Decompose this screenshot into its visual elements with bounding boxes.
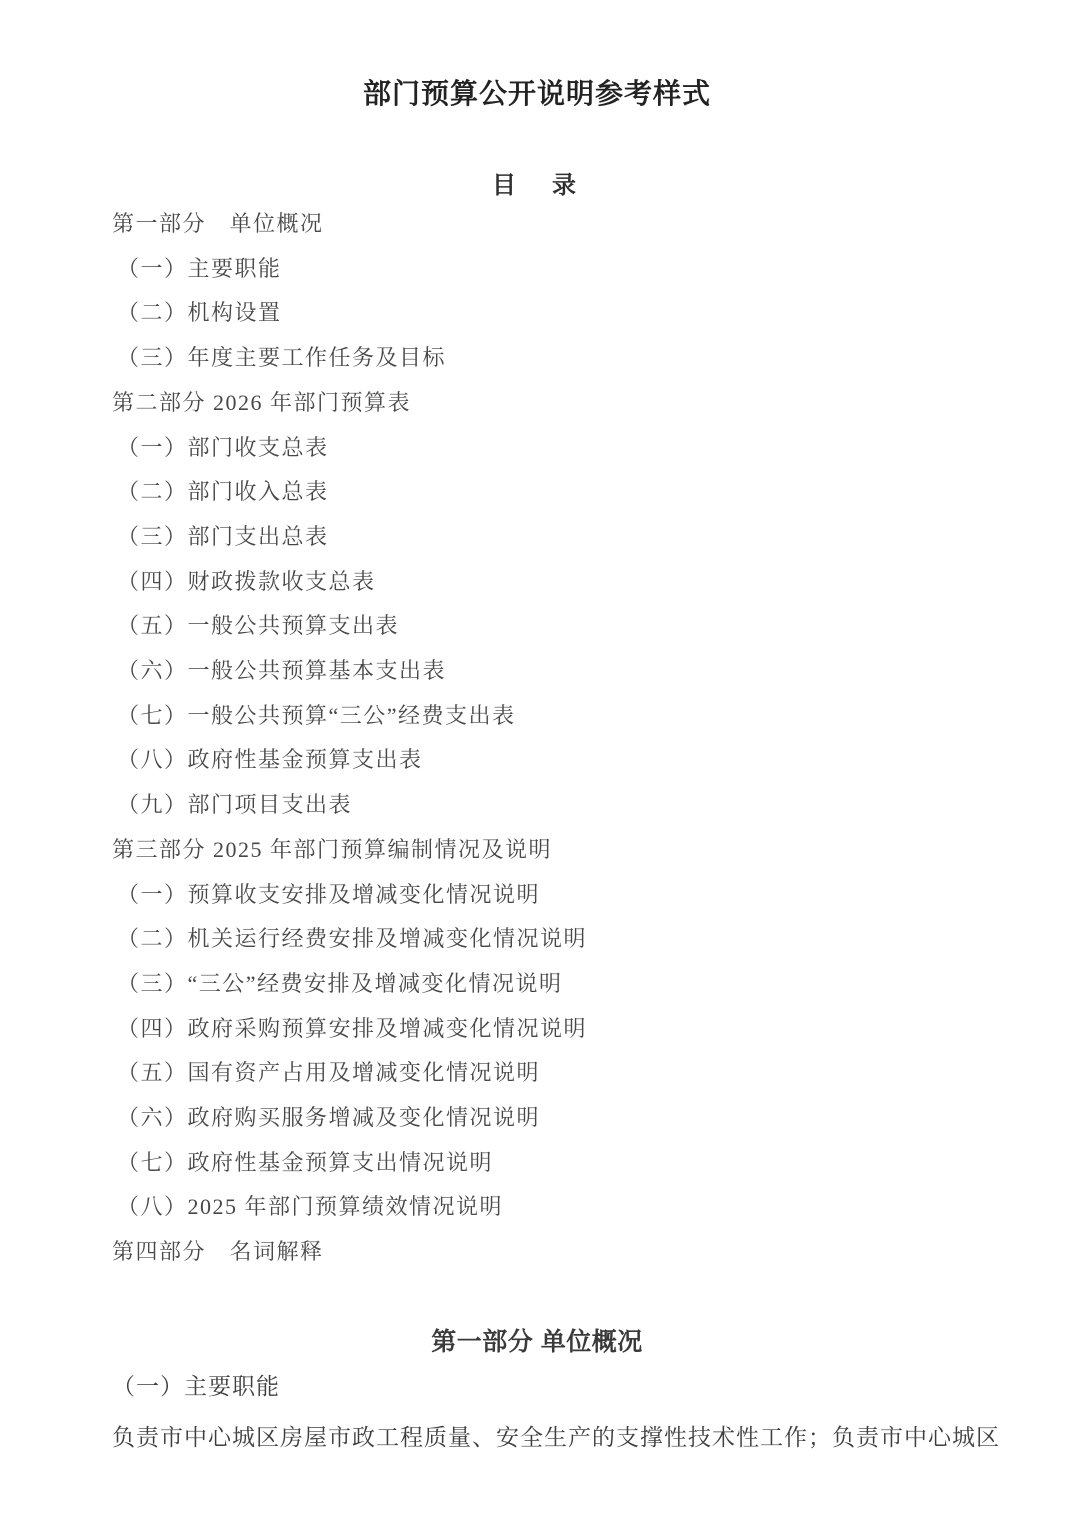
- toc-item: （九）部门项目支出表: [112, 783, 1012, 828]
- toc-item: （三）年度主要工作任务及目标: [112, 336, 1012, 381]
- toc-item: （三）部门支出总表: [112, 515, 1012, 560]
- toc-item: （七）一般公共预算“三公”经费支出表: [112, 694, 1012, 739]
- toc-item: （四）政府采购预算安排及增减变化情况说明: [112, 1007, 1012, 1052]
- toc-item: （二）机关运行经费安排及增减变化情况说明: [112, 917, 1012, 962]
- subsection-heading: （一）主要职能: [112, 1374, 1012, 1400]
- toc-item: （一）主要职能: [112, 247, 1012, 292]
- document-title: 部门预算公开说明参考样式: [0, 78, 1074, 112]
- toc-item: （七）政府性基金预算支出情况说明: [112, 1141, 1012, 1186]
- toc-item: 第四部分 名词解释: [112, 1230, 1012, 1275]
- toc-item: 第三部分 2025 年部门预算编制情况及说明: [112, 828, 1012, 873]
- toc-item: （八）政府性基金预算支出表: [112, 738, 1012, 783]
- toc-item: 第二部分 2026 年部门预算表: [112, 381, 1012, 426]
- toc-heading: 目 录: [0, 173, 1074, 199]
- toc-item: （八）2025 年部门预算绩效情况说明: [112, 1185, 1012, 1230]
- body-paragraph: 负责市中心城区房屋市政工程质量、安全生产的支撑性技术性工作；负责市中心城区: [112, 1423, 1012, 1453]
- toc-item: （六）政府购买服务增减及变化情况说明: [112, 1096, 1012, 1141]
- toc-item: （一）部门收支总表: [112, 426, 1012, 471]
- toc-item: （六）一般公共预算基本支出表: [112, 649, 1012, 694]
- table-of-contents: 第一部分 单位概况 （一）主要职能 （二）机构设置 （三）年度主要工作任务及目标…: [112, 202, 1012, 1275]
- toc-item: （四）财政拨款收支总表: [112, 560, 1012, 605]
- section-heading: 第一部分 单位概况: [0, 1327, 1074, 1357]
- toc-item: （三）“三公”经费安排及增减变化情况说明: [112, 962, 1012, 1007]
- toc-item: （五）一般公共预算支出表: [112, 604, 1012, 649]
- toc-item: （一）预算收支安排及增减变化情况说明: [112, 873, 1012, 918]
- toc-item: 第一部分 单位概况: [112, 202, 1012, 247]
- toc-item: （二）部门收入总表: [112, 470, 1012, 515]
- toc-item: （二）机构设置: [112, 291, 1012, 336]
- document-page: 部门预算公开说明参考样式 目 录 第一部分 单位概况 （一）主要职能 （二）机构…: [0, 0, 1074, 1520]
- toc-item: （五）国有资产占用及增减变化情况说明: [112, 1051, 1012, 1096]
